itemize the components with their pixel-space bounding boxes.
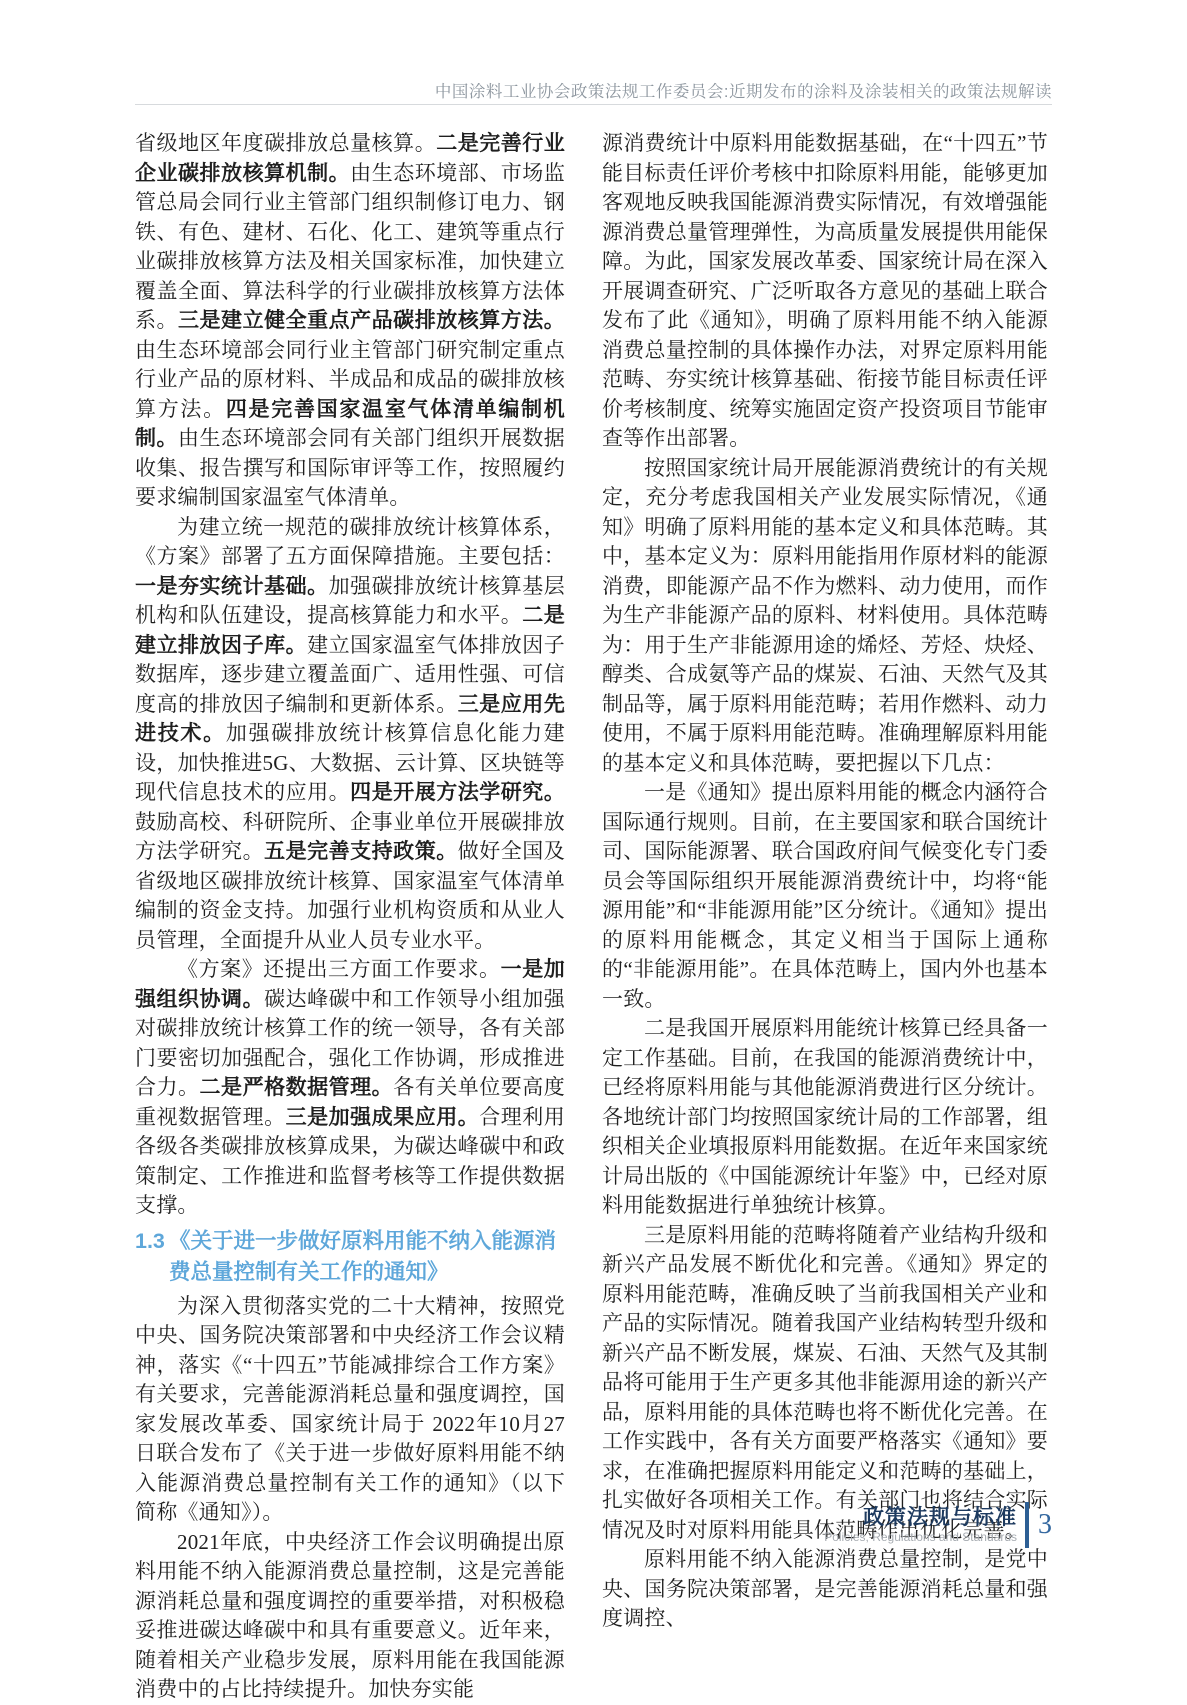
paragraph: 二是我国开展原料用能统计核算已经具备一定工作基础。目前，在我国的能源消费统计中，… bbox=[602, 1014, 1048, 1221]
paragraph: 为深入贯彻落实党的二十大精神，按照党中央、国务院决策部署和中央经济工作会议精神，… bbox=[135, 1292, 565, 1528]
header-divider bbox=[135, 104, 1052, 105]
article-body: 省级地区年度碳排放总量核算。二是完善行业企业碳排放核算机制。由生态环境部、市场监… bbox=[135, 129, 1048, 1705]
footer-section-title-zh: 政策法规与标准 bbox=[824, 1505, 1017, 1530]
paragraph: 原料用能不纳入能源消费总量控制，是党中央、国务院决策部署，是完善能源消耗总量和强… bbox=[602, 1545, 1048, 1634]
footer-divider-bar bbox=[1025, 1502, 1029, 1548]
page-number: 3 bbox=[1038, 1509, 1052, 1541]
section-title: 《关于进一步做好原料用能不纳入能源消费总量控制有关工作的通知》 bbox=[169, 1226, 565, 1288]
footer-section-title-en: Policies, Regulations and Standards bbox=[824, 1530, 1017, 1545]
text-column-right: 源消费统计中原料用能数据基础，在“十四五”节能目标责任评价考核中扣除原料用能，能… bbox=[602, 129, 1048, 1705]
section-number: 1.3 bbox=[135, 1226, 169, 1257]
footer-titles: 政策法规与标准 Policies, Regulations and Standa… bbox=[824, 1505, 1017, 1545]
paragraph: 省级地区年度碳排放总量核算。二是完善行业企业碳排放核算机制。由生态环境部、市场监… bbox=[135, 129, 565, 513]
paragraph: 《方案》还提出三方面工作要求。一是加强组织协调。碳达峰碳中和工作领导小组加强对碳… bbox=[135, 955, 565, 1221]
paragraph: 源消费统计中原料用能数据基础，在“十四五”节能目标责任评价考核中扣除原料用能，能… bbox=[602, 129, 1048, 454]
text-column-left: 省级地区年度碳排放总量核算。二是完善行业企业碳排放核算机制。由生态环境部、市场监… bbox=[135, 129, 565, 1705]
section-heading: 1.3《关于进一步做好原料用能不纳入能源消费总量控制有关工作的通知》 bbox=[135, 1226, 565, 1288]
paragraph: 为建立统一规范的碳排放统计核算体系，《方案》部署了五方面保障措施。主要包括：一是… bbox=[135, 513, 565, 956]
page-footer: 政策法规与标准 Policies, Regulations and Standa… bbox=[824, 1502, 1052, 1548]
paragraph: 2021年底，中央经济工作会议明确提出原料用能不纳入能源消费总量控制，这是完善能… bbox=[135, 1528, 565, 1705]
running-header: 中国涂料工业协会政策法规工作委员会:近期发布的涂料及涂装相关的政策法规解读 bbox=[135, 78, 1052, 102]
paragraph: 三是原料用能的范畴将随着产业结构升级和新兴产品发展不断优化和完善。《通知》界定的… bbox=[602, 1221, 1048, 1546]
paragraph: 按照国家统计局开展能源消费统计的有关规定，充分考虑我国相关产业发展实际情况，《通… bbox=[602, 454, 1048, 779]
paragraph: 一是《通知》提出原料用能的概念内涵符合国际通行规则。目前，在主要国家和联合国统计… bbox=[602, 778, 1048, 1014]
document-page: 中国涂料工业协会政策法规工作委员会:近期发布的涂料及涂装相关的政策法规解读 省级… bbox=[0, 0, 1187, 1600]
